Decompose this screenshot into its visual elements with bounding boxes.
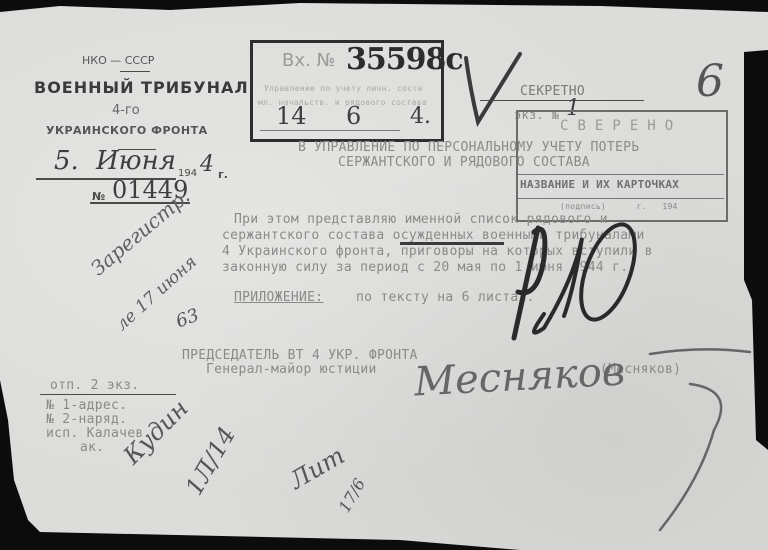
incoming-number: 35598с (346, 42, 463, 77)
initials-4: 17/6 (335, 475, 369, 516)
archive-line-3: (подпись) г. 194 (560, 202, 678, 211)
document-sheet: НКО — СССР ВОЕННЫЙ ТРИБУНАЛ 4-го УКРАИНС… (0, 0, 768, 550)
distribution-line-4: ак. (80, 440, 104, 455)
large-number-annotation (504, 218, 644, 348)
distribution-underline (40, 394, 176, 395)
date-month: Июня (96, 146, 176, 176)
addressee-line-1: В УПРАВЛЕНИЕ ПО ПЕРСОНАЛЬНОМУ УЧЕТУ ПОТЕ… (298, 140, 639, 155)
distribution-header: отп. 2 экз. (50, 378, 139, 393)
unit-line-2: УКРАИНСКОГО ФРОНТА (46, 124, 208, 137)
signer-title-2: Генерал-майор юстиции (206, 362, 377, 377)
distribution-line-2: № 2-наряд. (46, 412, 127, 427)
incoming-date-line (260, 130, 400, 131)
archive-line-1: С В Е Р Е Н О (560, 118, 673, 134)
incoming-faint-1: Управление по учету личн. соста (264, 84, 423, 93)
page-number: 6 (696, 56, 724, 107)
unit-line-1: 4-го (112, 103, 140, 118)
strikethrough-mark (400, 242, 504, 245)
incoming-label: Вх. № (282, 50, 335, 71)
initials-3: Лит (285, 441, 349, 494)
signature-tail (640, 340, 760, 540)
archive-rule (518, 198, 724, 199)
incoming-day: 14 (276, 102, 307, 130)
archive-rule (518, 174, 724, 175)
initials-2: 1Л/14 (180, 422, 241, 500)
attachment-label: ПРИЛОЖЕНИЕ: (234, 290, 323, 305)
incoming-year: 4. (410, 104, 431, 129)
date-suffix: г. (218, 168, 228, 181)
tribunal-name: ВОЕННЫЙ ТРИБУНАЛ (34, 78, 249, 97)
classification-underline (480, 100, 644, 101)
date-day: 5. (54, 146, 79, 176)
signer-title-1: ПРЕДСЕДАТЕЛЬ ВТ 4 УКР. ФРОНТА (182, 348, 418, 363)
addressee-line-2: СЕРЖАНТСКОГО И РЯДОВОГО СОСТАВА (338, 155, 590, 170)
archive-line-2: НАЗВАНИЕ И ИХ КАРТОЧКАХ (520, 178, 679, 191)
date-year-hand: 4 (200, 152, 214, 177)
handwritten-signature: Месняков (413, 349, 626, 406)
margin-note-3: 63 (173, 305, 202, 333)
org-label: НКО — СССР (82, 54, 154, 67)
incoming-month: 6 (346, 102, 361, 130)
divider (120, 71, 150, 72)
distribution-line-1: № 1-адрес. (46, 398, 127, 413)
